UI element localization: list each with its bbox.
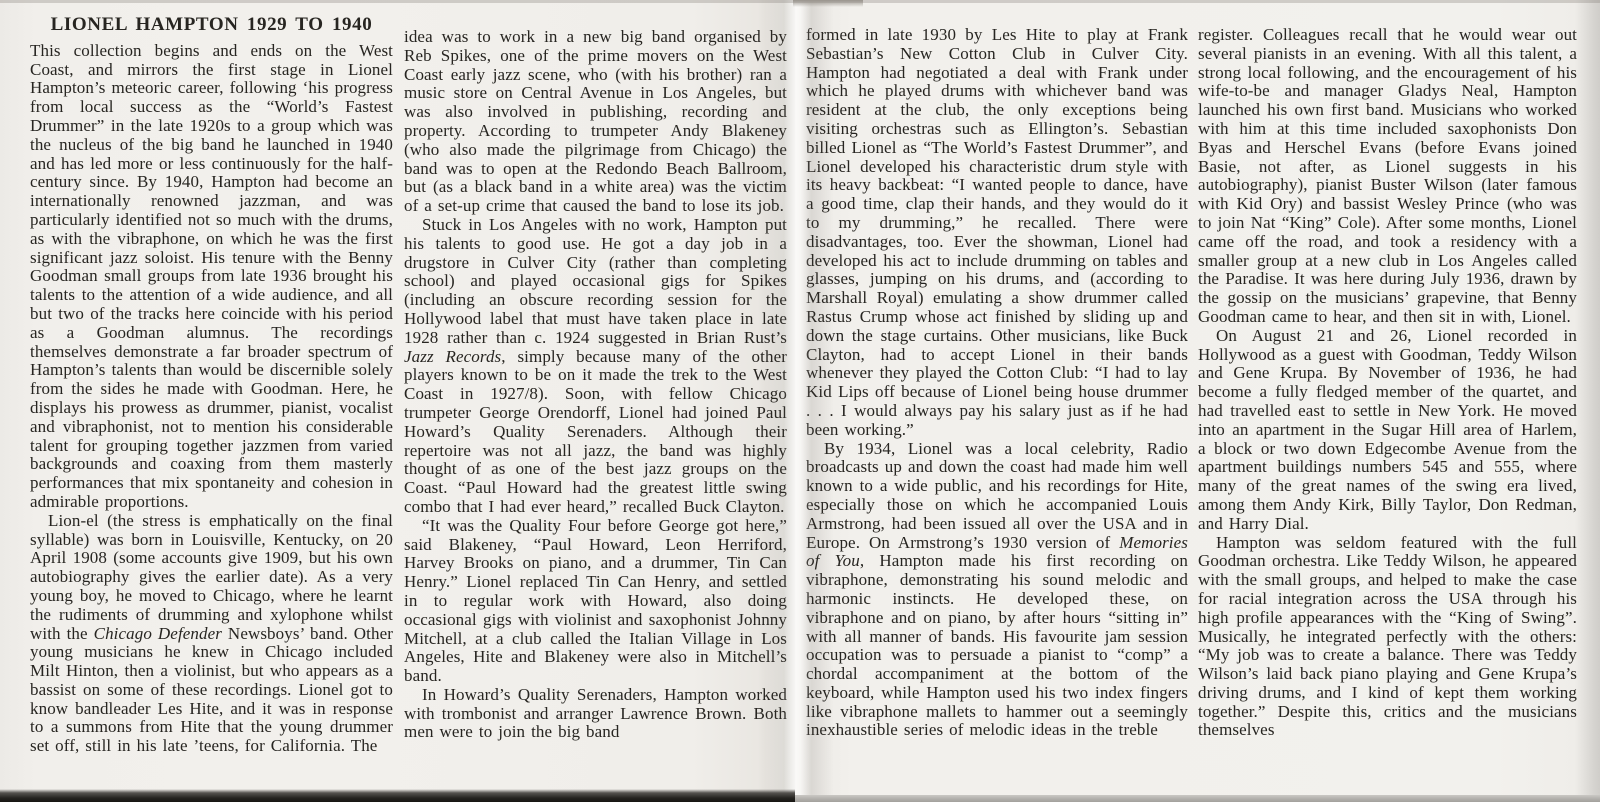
column-1-body: This collection begins and ends on the W… (30, 42, 393, 756)
text-segment: “It was the Quality Four before George g… (404, 516, 787, 685)
text-segment: Stuck in Los Angeles with no work, Hampt… (404, 215, 787, 347)
paragraph: On August 21 and 26, Lionel recorded in … (1198, 327, 1577, 534)
text-segment: register. Colleagues recall that he woul… (1198, 25, 1577, 326)
paragraph: This collection begins and ends on the W… (30, 42, 393, 512)
paragraph: In Howard’s Quality Serenaders, Hampton … (404, 686, 787, 742)
scan-edge-bottom-right (795, 795, 1600, 802)
column-3-body: formed in late 1930 by Les Hite to play … (806, 26, 1188, 740)
text-segment: Newsboys’ band. Other young musicians he… (30, 624, 393, 756)
column-4-body: register. Colleagues recall that he woul… (1198, 26, 1577, 740)
paragraph: Hampton was seldom featured with the ful… (1198, 534, 1577, 741)
paragraph: “It was the Quality Four before George g… (404, 517, 787, 686)
text-segment: Hampton was seldom featured with the ful… (1198, 533, 1577, 740)
text-segment: , simply because many of the other playe… (404, 347, 787, 516)
text-column-4: register. Colleagues recall that he woul… (1198, 26, 1577, 740)
text-column-2: idea was to work in a new big band organ… (404, 28, 787, 742)
paragraph: idea was to work in a new big band organ… (404, 28, 787, 216)
italic-text-segment: Chicago Defender (94, 624, 222, 643)
scan-edge-bottom-left (0, 789, 795, 802)
scan-edge-top-notch (793, 0, 863, 7)
paragraph: Stuck in Los Angeles with no work, Hampt… (404, 216, 787, 517)
text-segment: In Howard’s Quality Serenaders, Hampton … (404, 685, 787, 742)
text-segment: , Hampton made his first recording on vi… (806, 551, 1188, 739)
text-segment: On August 21 and 26, Lionel recorded in … (1198, 326, 1577, 533)
text-segment: This collection begins and ends on the W… (30, 41, 393, 511)
text-segment: formed in late 1930 by Les Hite to play … (806, 25, 1188, 439)
booklet-spread: LIONEL HAMPTON 1929 TO 1940 This collect… (0, 0, 1600, 802)
paragraph: formed in late 1930 by Les Hite to play … (806, 26, 1188, 440)
text-column-1: LIONEL HAMPTON 1929 TO 1940 This collect… (30, 16, 393, 756)
paragraph: register. Colleagues recall that he woul… (1198, 26, 1577, 327)
text-column-3: formed in late 1930 by Les Hite to play … (806, 26, 1188, 740)
page-title: LIONEL HAMPTON 1929 TO 1940 (30, 16, 393, 35)
text-segment: idea was to work in a new big band organ… (404, 27, 787, 215)
paragraph: By 1934, Lionel was a local celebrity, R… (806, 440, 1188, 741)
column-2-body: idea was to work in a new big band organ… (404, 28, 787, 742)
paragraph: Lion-el (the stress is emphatically on t… (30, 512, 393, 756)
italic-text-segment: Jazz Records (404, 347, 501, 366)
